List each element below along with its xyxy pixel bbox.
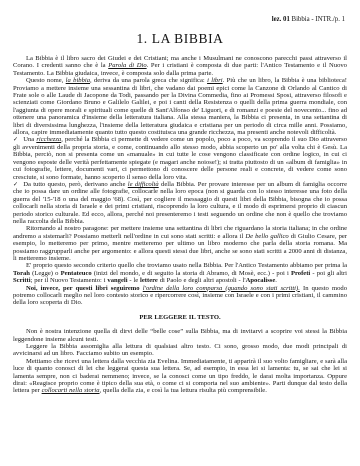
text-segment: le difficoltà <box>128 181 159 188</box>
bullet-item: ✓Da tutto questo, però, derivano anche l… <box>13 181 347 225</box>
text-segment: i libri <box>207 77 223 84</box>
text-segment: della Bibbia. Per provare interesse per … <box>13 181 347 225</box>
text-segment: ricchezza <box>36 136 61 143</box>
text-segment: Da tutto questo, però, derivano anche <box>23 181 128 188</box>
text-segment: - le <box>128 277 141 284</box>
text-segment: , deriva da una parola greca che signifi… <box>90 77 207 84</box>
text-segment: . <box>275 277 277 284</box>
text-segment: Scritti <box>13 277 31 284</box>
text-segment: Leggere la Bibbia assomiglia alla lettur… <box>13 343 347 357</box>
text-segment: ; per il Nuovo Testamento: i <box>31 277 108 284</box>
header-page-reference: Bibbia - INTR./p. 1 <box>290 16 345 23</box>
text-segment: Questo nome, <box>26 77 66 84</box>
text-segment: l'ordine della loro comparsa (quando son… <box>143 285 300 292</box>
text-segment: Apocalisse <box>246 277 276 284</box>
text-segment: , perché la Bibbia ci permette di vedere… <box>13 136 347 180</box>
paragraph: E' proprio questo secondo criterio quell… <box>13 262 347 284</box>
text-segment: Torah <box>13 270 30 277</box>
text-segment: lettere <box>140 277 158 284</box>
paragraph: Noi, invece, per questi libri seguiremo … <box>13 285 347 307</box>
text-segment: PER LEGGERE IL TESTO. <box>139 314 220 321</box>
paragraph: Ritornando al nostro paragone: per mette… <box>13 225 347 262</box>
section-heading: PER LEGGERE IL TESTO. <box>13 314 347 321</box>
text-segment: Profeti <box>291 270 310 277</box>
text-segment: (Legge) o <box>30 270 61 277</box>
paragraph: Non è nostra intenzione quella di dirvi … <box>13 328 347 343</box>
bullet-item: ✓Una ricchezza, perché la Bibbia ci perm… <box>13 136 347 180</box>
document-page: lez. 01 Bibbia - INTR./p. 1 1. LA BIBBIA… <box>0 0 360 466</box>
text-segment: Una <box>23 136 36 143</box>
text-segment: la bibbia <box>66 77 90 84</box>
text-segment: , quella della zia, e così la tua lettur… <box>100 387 267 394</box>
text-segment: vangeli <box>107 277 127 284</box>
paragraph: La Bibbia è il libro sacro dei Giudei e … <box>13 55 347 77</box>
text-segment: Parola di Dio <box>108 62 146 69</box>
text-segment: collocarti nella storia <box>42 387 100 394</box>
paragraph: Questo nome, la bibbia, deriva da una pa… <box>13 77 347 136</box>
page-header-note: lez. 01 Bibbia - INTR./p. 1 <box>272 16 345 24</box>
text-segment: Pentateuco <box>61 270 92 277</box>
text-segment: De bello gallico <box>245 233 288 240</box>
text-segment: (inizi del mondo, e di seguito la storia… <box>92 270 291 277</box>
page-title: 1. LA BIBBIA <box>0 31 360 47</box>
text-segment: E' proprio questo secondo criterio quell… <box>26 262 347 269</box>
text-segment: . Più che un libro, la Bibbia è una bibl… <box>13 77 347 136</box>
document-body: La Bibbia è il libro sacro dei Giudei e … <box>13 55 347 395</box>
header-lesson-label: lez. 01 <box>272 16 290 23</box>
check-icon: ✓ <box>13 136 18 143</box>
paragraph: Mettiamo che ricevi una lettera dalla ve… <box>13 358 347 395</box>
text-segment: Noi, invece, per questi libri seguiremo <box>26 285 143 292</box>
check-icon: ✓ <box>13 181 18 188</box>
text-segment: di Paolo e degli altri apostoli - l' <box>158 277 246 284</box>
text-segment: - poi gli altri <box>310 270 347 277</box>
text-segment: Non è nostra intenzione quella di dirvi … <box>13 328 347 342</box>
paragraph: Leggere la Bibbia assomiglia alla lettur… <box>13 343 347 358</box>
